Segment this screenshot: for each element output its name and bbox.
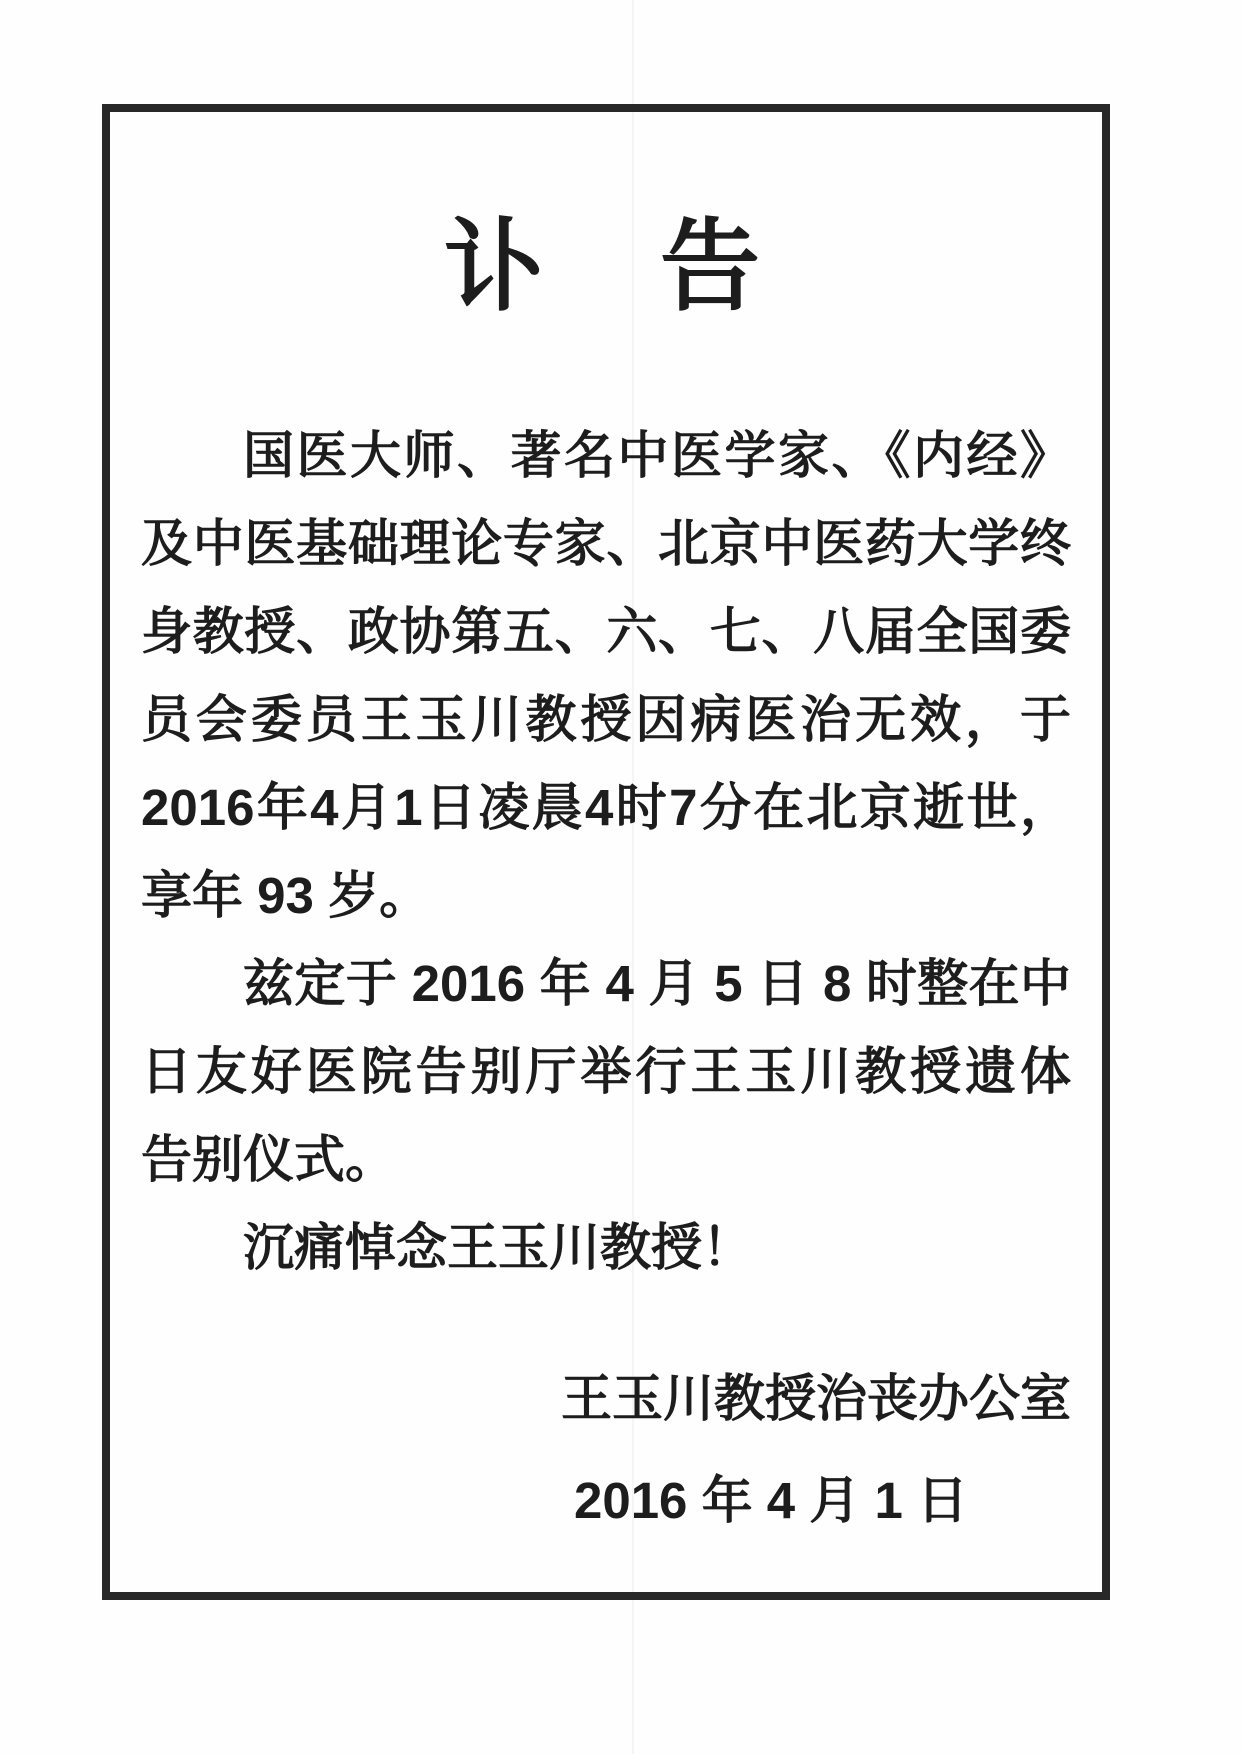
body-line: 员会委员王玉川教授因病医治无效，于 xyxy=(141,676,1071,764)
body-line: 日友好医院告别厅举行王玉川教授遗体 xyxy=(141,1028,1071,1116)
signature-office: 王玉川教授治丧办公室 xyxy=(561,1355,1071,1443)
body-line: 沉痛悼念王玉川教授！ xyxy=(141,1204,1071,1292)
body-line: 享年 93 岁。 xyxy=(141,852,1071,940)
body-line: 身教授、政协第五、六、七、八届全国委 xyxy=(141,588,1071,676)
body-line: 国医大师、著名中医学家、《内经》 xyxy=(141,412,1071,500)
body-line: 2016年4月1日凌晨4时7分在北京逝世， xyxy=(141,764,1071,852)
notice-border-frame: 讣 告 国医大师、著名中医学家、《内经》 及中医基础理论专家、北京中医药大学终 … xyxy=(102,104,1110,1600)
notice-title: 讣 告 xyxy=(110,217,1102,317)
body-line: 告别仪式。 xyxy=(141,1116,1071,1204)
notice-body: 国医大师、著名中医学家、《内经》 及中医基础理论专家、北京中医药大学终 身教授、… xyxy=(141,412,1071,1292)
notice-date: 2016 年 4 月 1 日 xyxy=(574,1457,968,1545)
body-line: 兹定于 2016 年 4 月 5 日 8 时整在中 xyxy=(141,940,1071,1028)
scanned-obituary-page: 讣 告 国医大师、著名中医学家、《内经》 及中医基础理论专家、北京中医药大学终 … xyxy=(0,0,1242,1754)
body-line: 及中医基础理论专家、北京中医药大学终 xyxy=(141,500,1071,588)
